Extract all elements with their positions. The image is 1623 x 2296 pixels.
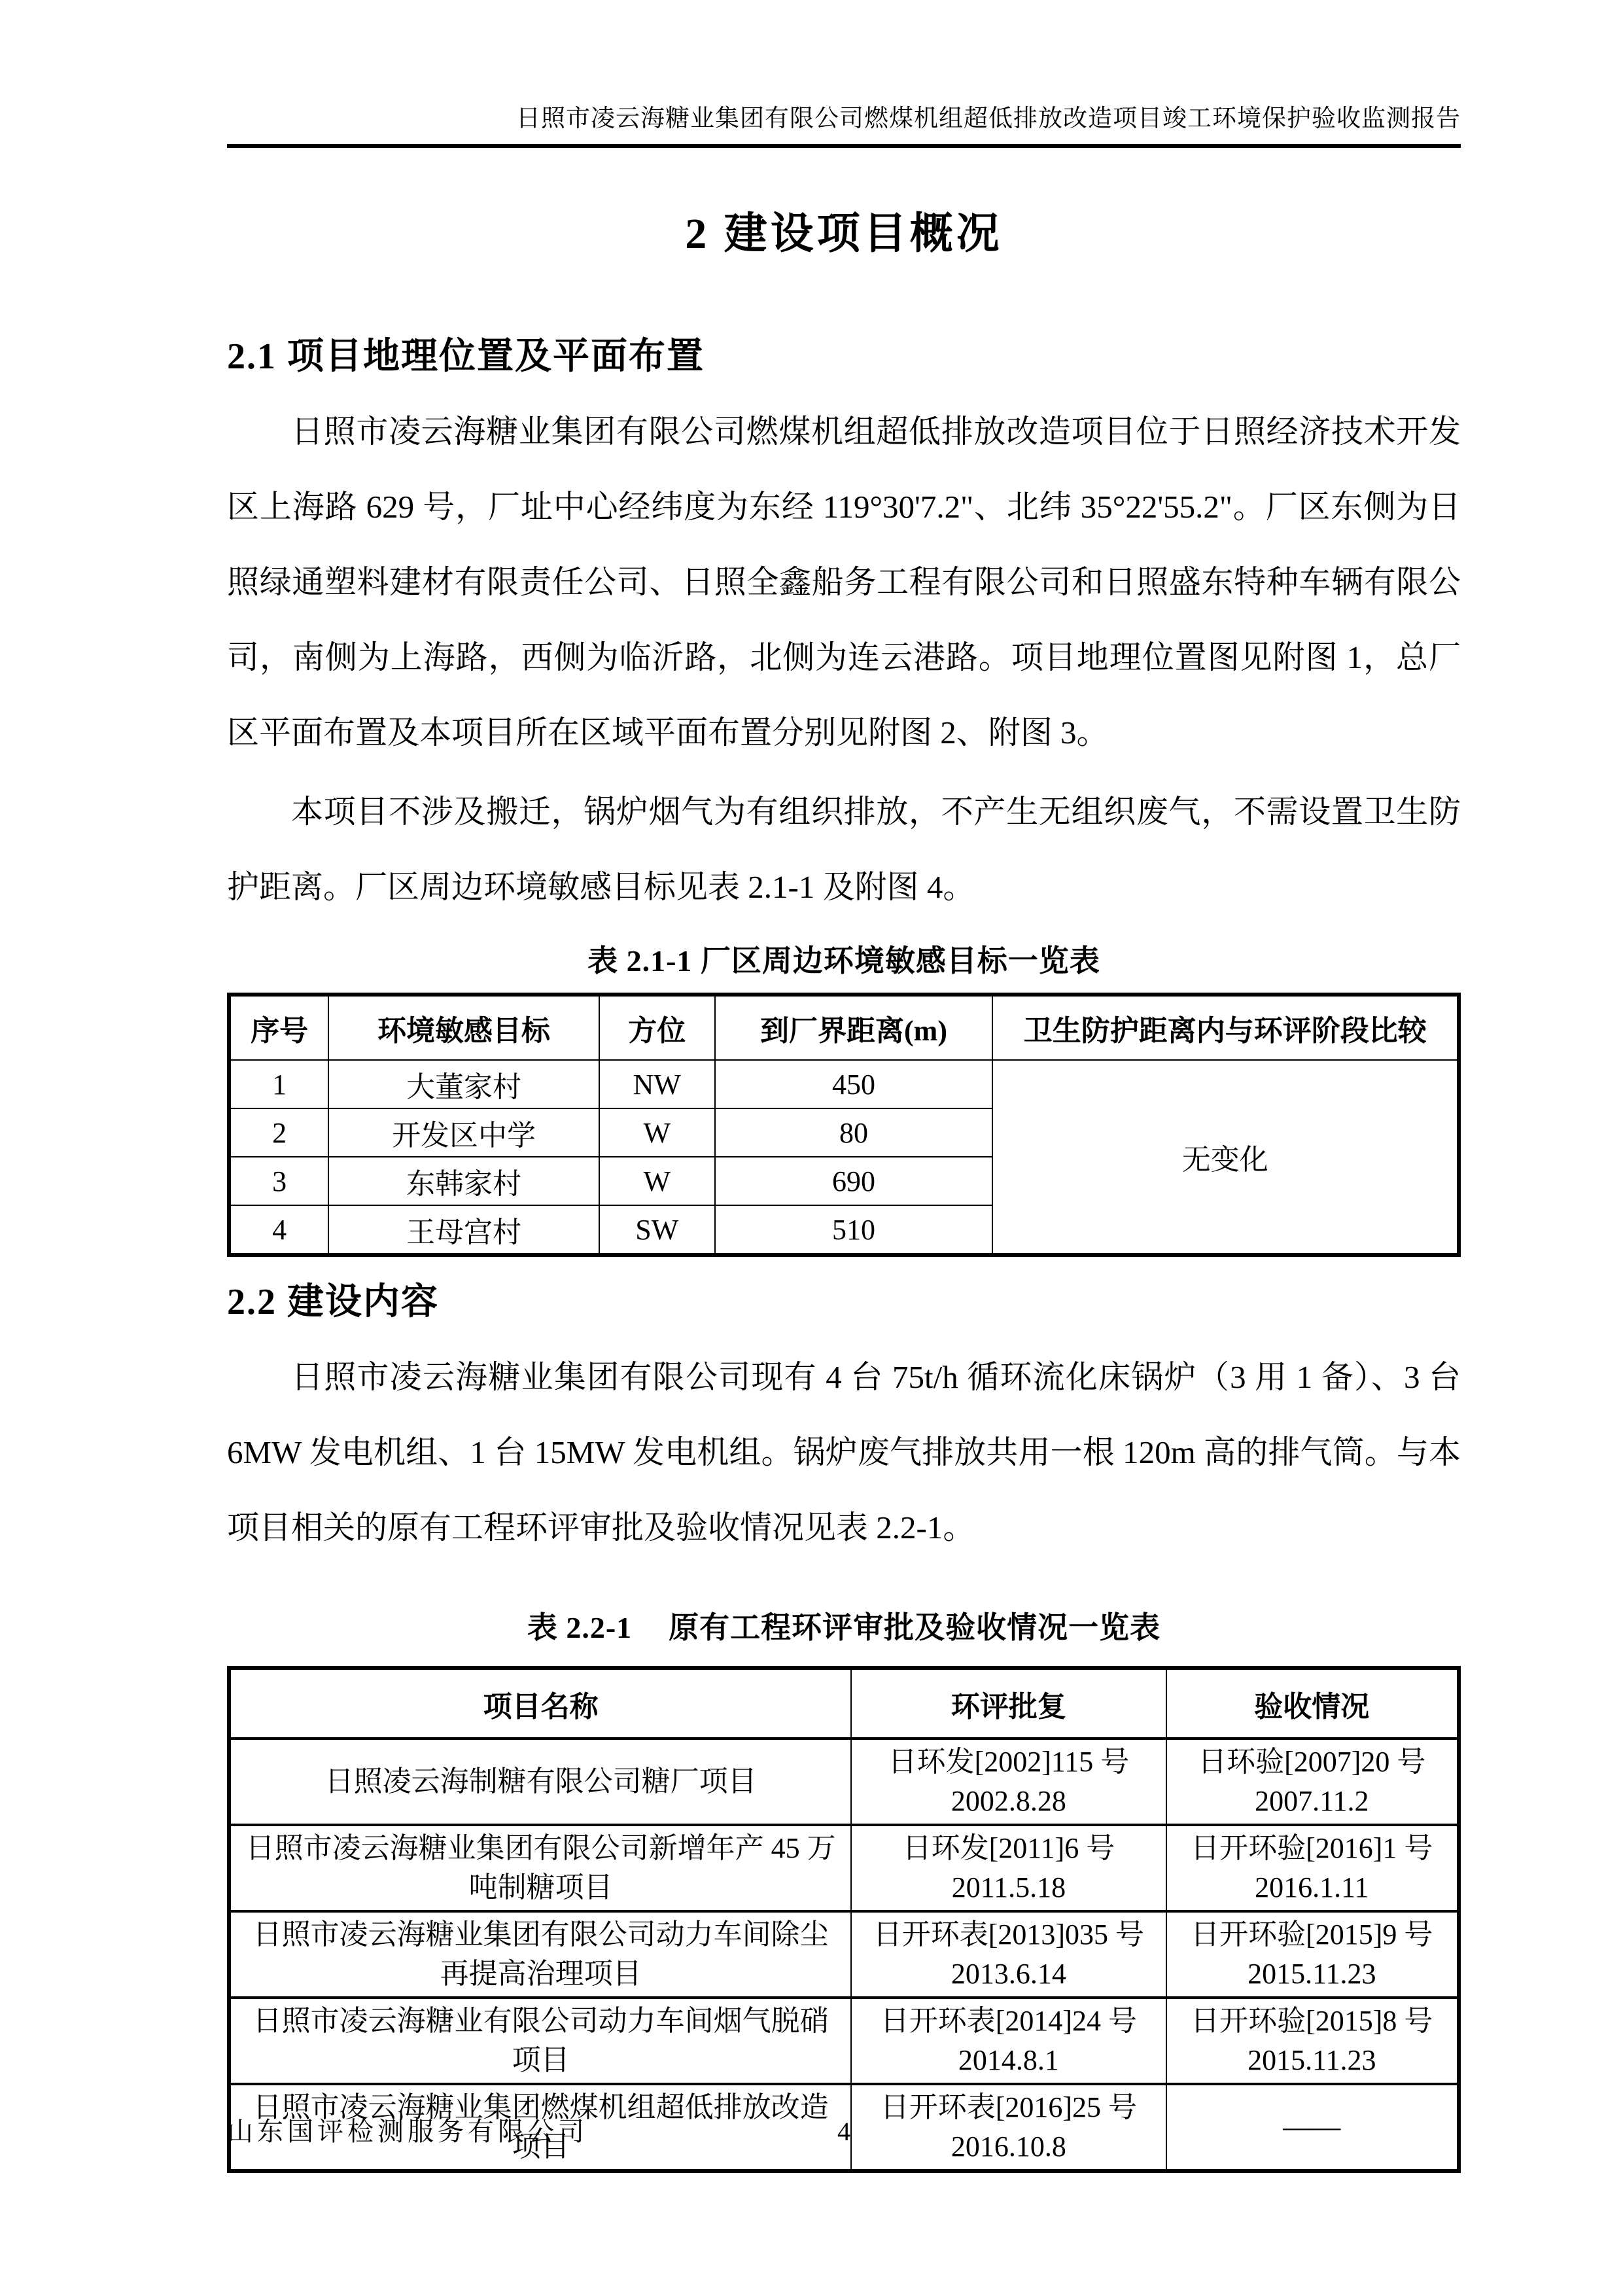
page-footer: 山东国评检测服务有限公司 4: [227, 2115, 1461, 2149]
data-cell: W: [599, 1157, 715, 1205]
chapter-title: 2 建设项目概况: [227, 208, 1461, 260]
caption-label: 表 2.2-1: [527, 1611, 632, 1644]
paragraph-location-1: 日照市凌云海糖业集团有限公司燃煤机组超低排放改造项目位于日照经济技术开发区上海路…: [227, 394, 1461, 770]
header-cell: 环境敏感目标: [328, 995, 599, 1060]
paragraph-construction: 日照市凌云海糖业集团有限公司现有 4 台 75t/h 循环流化床锅炉（3 用 1…: [227, 1339, 1461, 1565]
data-cell: SW: [599, 1205, 715, 1255]
table-header-row: 序号 环境敏感目标 方位 到厂界距离(m) 卫生防护距离内与环评阶段比较: [229, 995, 1459, 1060]
header-cell: 方位: [599, 995, 715, 1060]
header-cell: 序号: [229, 995, 328, 1060]
page-number: 4: [837, 2115, 850, 2149]
document-page: 日照市凌云海糖业集团有限公司燃煤机组超低排放改造项目竣工环境保护验收监测报告 2…: [227, 0, 1461, 2173]
project-name-cell: 日照凌云海制糖有限公司糖厂项目: [229, 1739, 851, 1825]
project-name-cell: 日照市凌云海糖业集团有限公司新增年产 45 万 吨制糖项目: [229, 1825, 851, 1911]
data-cell: 3: [229, 1157, 328, 1205]
caption-title: 原有工程环评审批及验收情况一览表: [669, 1611, 1161, 1644]
data-cell: W: [599, 1108, 715, 1157]
header-cell: 到厂界距离(m): [715, 995, 993, 1060]
header-cell: 项目名称: [229, 1668, 851, 1739]
acceptance-cell: 日开环验[2016]1 号 2016.1.11: [1166, 1825, 1459, 1911]
data-cell: 510: [715, 1205, 993, 1255]
data-cell: 东韩家村: [328, 1157, 599, 1205]
table-2-1-1-caption: 表 2.1-1 厂区周边环境敏感目标一览表: [227, 942, 1461, 981]
table-row: 日照市凌云海糖业有限公司动力车间烟气脱硝 项目 日开环表[2014]24 号 2…: [229, 1998, 1459, 2084]
footer-company: 山东国评检测服务有限公司: [227, 2117, 588, 2146]
table-row: 1 大董家村 NW 450 无变化: [229, 1060, 1459, 1108]
table-header-row: 项目名称 环评批复 验收情况: [229, 1668, 1459, 1739]
section-2-2-heading: 2.2 建设内容: [227, 1279, 1461, 1325]
data-cell: 450: [715, 1060, 993, 1108]
table-row: 日照市凌云海糖业集团有限公司新增年产 45 万 吨制糖项目 日环发[2011]6…: [229, 1825, 1459, 1911]
header-cell: 验收情况: [1166, 1668, 1459, 1739]
project-name-cell: 日照市凌云海糖业集团有限公司动力车间除尘 再提高治理项目: [229, 1911, 851, 1998]
table-2-2-1: 项目名称 环评批复 验收情况 日照凌云海制糖有限公司糖厂项目 日环发[2002]…: [227, 1666, 1461, 2173]
approval-cell: 日开环表[2013]035 号 2013.6.14: [851, 1911, 1166, 1998]
header-cell: 卫生防护距离内与环评阶段比较: [992, 995, 1459, 1060]
acceptance-cell: 日开环验[2015]9 号 2015.11.23: [1166, 1911, 1459, 1998]
approval-cell: 日环发[2002]115 号 2002.8.28: [851, 1739, 1166, 1825]
table-2-2-1-caption: 表 2.2-1原有工程环评审批及验收情况一览表: [227, 1608, 1461, 1648]
data-cell: 4: [229, 1205, 328, 1255]
paragraph-location-2: 本项目不涉及搬迁，锅炉烟气为有组织排放，不产生无组织废气，不需设置卫生防护距离。…: [227, 774, 1461, 925]
header-rule: [227, 144, 1461, 148]
header-cell: 环评批复: [851, 1668, 1166, 1739]
data-cell: 王母宫村: [328, 1205, 599, 1255]
table-2-1-1: 序号 环境敏感目标 方位 到厂界距离(m) 卫生防护距离内与环评阶段比较 1 大…: [227, 993, 1461, 1257]
running-head: 日照市凌云海糖业集团有限公司燃煤机组超低排放改造项目竣工环境保护验收监测报告: [227, 98, 1461, 133]
project-name-cell: 日照市凌云海糖业有限公司动力车间烟气脱硝 项目: [229, 1998, 851, 2084]
data-cell: 开发区中学: [328, 1108, 599, 1157]
table-row: 日照凌云海制糖有限公司糖厂项目 日环发[2002]115 号 2002.8.28…: [229, 1739, 1459, 1825]
acceptance-cell: 日开环验[2015]8 号 2015.11.23: [1166, 1998, 1459, 2084]
data-cell: 1: [229, 1060, 328, 1108]
approval-cell: 日开环表[2014]24 号 2014.8.1: [851, 1998, 1166, 2084]
section-2-1-heading: 2.1 项目地理位置及平面布置: [227, 334, 1461, 380]
data-cell: 大董家村: [328, 1060, 599, 1108]
table-row: 日照市凌云海糖业集团有限公司动力车间除尘 再提高治理项目 日开环表[2013]0…: [229, 1911, 1459, 1998]
data-cell: 80: [715, 1108, 993, 1157]
approval-cell: 日环发[2011]6 号 2011.5.18: [851, 1825, 1166, 1911]
data-cell: NW: [599, 1060, 715, 1108]
data-cell: 690: [715, 1157, 993, 1205]
data-cell: 2: [229, 1108, 328, 1157]
acceptance-cell: 日环验[2007]20 号 2007.11.2: [1166, 1739, 1459, 1825]
merged-comparison-cell: 无变化: [992, 1060, 1459, 1255]
